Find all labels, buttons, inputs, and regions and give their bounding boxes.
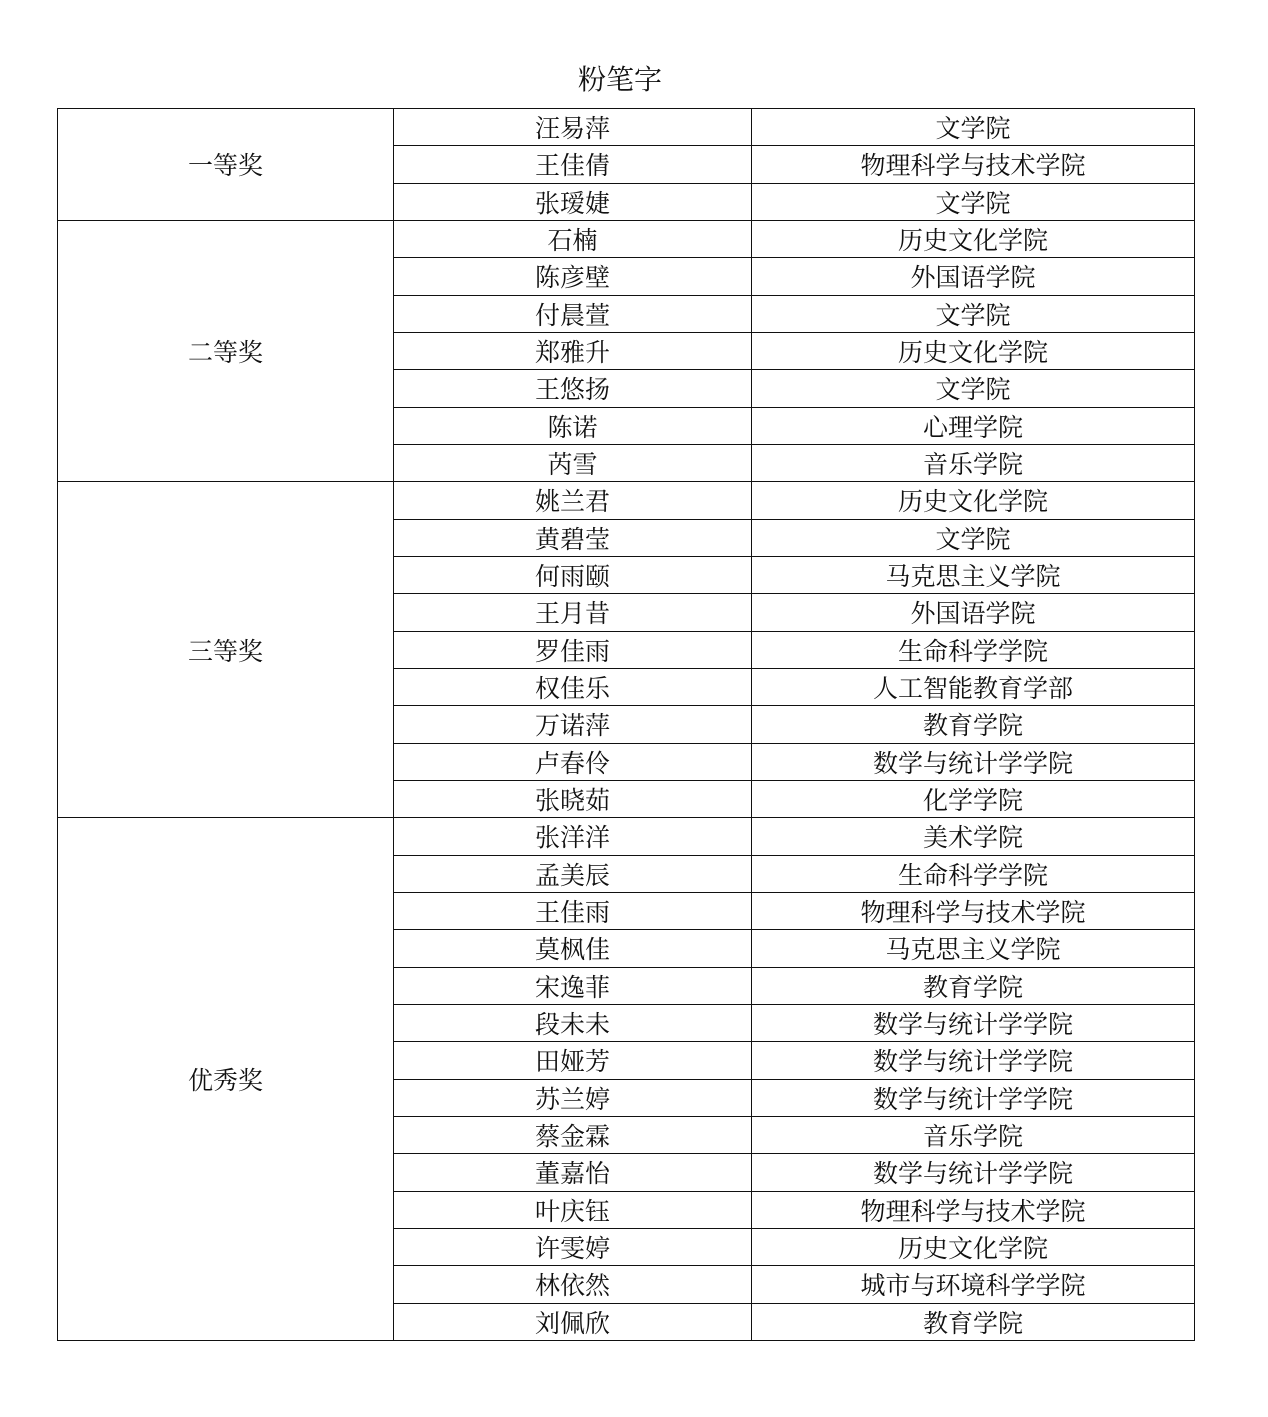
winner-name-cell: 孟美辰 [394,855,752,892]
winner-college-cell: 生命科学学院 [752,855,1195,892]
winner-name-cell: 陈诺 [394,407,752,444]
winner-college-cell: 文学院 [752,109,1195,146]
awards-table: 一等奖 汪易萍 文学院 王佳倩 物理科学与技术学院 张瑷婕 文学院 二等奖 石楠… [57,108,1195,1341]
winner-college-cell: 美术学院 [752,818,1195,855]
winner-college-cell: 文学院 [752,519,1195,556]
winner-name-cell: 林依然 [394,1266,752,1303]
winner-college-cell: 物理科学与技术学院 [752,892,1195,929]
winner-name-cell: 何雨颐 [394,556,752,593]
winner-name-cell: 付晨萱 [394,295,752,332]
winner-name-cell: 田娅芳 [394,1042,752,1079]
winner-name-cell: 王月昔 [394,594,752,631]
winner-college-cell: 城市与环境科学学院 [752,1266,1195,1303]
winner-college-cell: 历史文化学院 [752,332,1195,369]
winner-college-cell: 历史文化学院 [752,220,1195,257]
winner-college-cell: 人工智能教育学部 [752,668,1195,705]
winner-name-cell: 刘佩欣 [394,1303,752,1340]
winner-name-cell: 权佳乐 [394,668,752,705]
winner-college-cell: 音乐学院 [752,444,1195,481]
winner-name-cell: 宋逸菲 [394,967,752,1004]
table-row: 二等奖 石楠 历史文化学院 [58,220,1195,257]
winner-name-cell: 段未未 [394,1004,752,1041]
award-level-cell: 一等奖 [58,109,394,221]
winner-name-cell: 苏兰婷 [394,1079,752,1116]
winner-college-cell: 数学与统计学学院 [752,1042,1195,1079]
winner-name-cell: 罗佳雨 [394,631,752,668]
winner-name-cell: 董嘉怡 [394,1154,752,1191]
winner-college-cell: 马克思主义学院 [752,556,1195,593]
winner-name-cell: 王佳倩 [394,146,752,183]
winner-name-cell: 张晓茹 [394,780,752,817]
winner-name-cell: 卢春伶 [394,743,752,780]
award-level-cell: 优秀奖 [58,818,394,1341]
winner-name-cell: 黄碧莹 [394,519,752,556]
winner-name-cell: 张洋洋 [394,818,752,855]
winner-name-cell: 万诺萍 [394,706,752,743]
winner-name-cell: 汪易萍 [394,109,752,146]
winner-name-cell: 叶庆钰 [394,1191,752,1228]
table-row: 一等奖 汪易萍 文学院 [58,109,1195,146]
winner-college-cell: 物理科学与技术学院 [752,146,1195,183]
winner-college-cell: 历史文化学院 [752,482,1195,519]
winner-name-cell: 张瑷婕 [394,183,752,220]
winner-college-cell: 文学院 [752,295,1195,332]
winner-college-cell: 外国语学院 [752,258,1195,295]
winner-college-cell: 数学与统计学学院 [752,743,1195,780]
winner-name-cell: 蔡金霖 [394,1116,752,1153]
winner-college-cell: 外国语学院 [752,594,1195,631]
winner-name-cell: 芮雪 [394,444,752,481]
winner-college-cell: 数学与统计学学院 [752,1079,1195,1116]
winner-name-cell: 郑雅升 [394,332,752,369]
winner-college-cell: 教育学院 [752,967,1195,1004]
winner-college-cell: 化学学院 [752,780,1195,817]
winner-college-cell: 文学院 [752,183,1195,220]
table-row: 优秀奖 张洋洋 美术学院 [58,818,1195,855]
award-level-cell: 二等奖 [58,220,394,481]
winner-college-cell: 马克思主义学院 [752,930,1195,967]
winner-college-cell: 数学与统计学学院 [752,1004,1195,1041]
winner-name-cell: 莫枫佳 [394,930,752,967]
table-row: 三等奖 姚兰君 历史文化学院 [58,482,1195,519]
winner-college-cell: 生命科学学院 [752,631,1195,668]
winner-college-cell: 物理科学与技术学院 [752,1191,1195,1228]
winner-college-cell: 心理学院 [752,407,1195,444]
winner-college-cell: 历史文化学院 [752,1228,1195,1265]
winner-name-cell: 姚兰君 [394,482,752,519]
winner-name-cell: 石楠 [394,220,752,257]
winner-name-cell: 王悠扬 [394,370,752,407]
awards-table-body: 一等奖 汪易萍 文学院 王佳倩 物理科学与技术学院 张瑷婕 文学院 二等奖 石楠… [58,109,1195,1341]
document-title: 粉笔字 [0,58,1240,102]
winner-name-cell: 王佳雨 [394,892,752,929]
winner-college-cell: 教育学院 [752,706,1195,743]
winner-college-cell: 教育学院 [752,1303,1195,1340]
winner-college-cell: 数学与统计学学院 [752,1154,1195,1191]
winner-college-cell: 文学院 [752,370,1195,407]
winner-college-cell: 音乐学院 [752,1116,1195,1153]
winner-name-cell: 陈彦壁 [394,258,752,295]
award-level-cell: 三等奖 [58,482,394,818]
winner-name-cell: 许雯婷 [394,1228,752,1265]
